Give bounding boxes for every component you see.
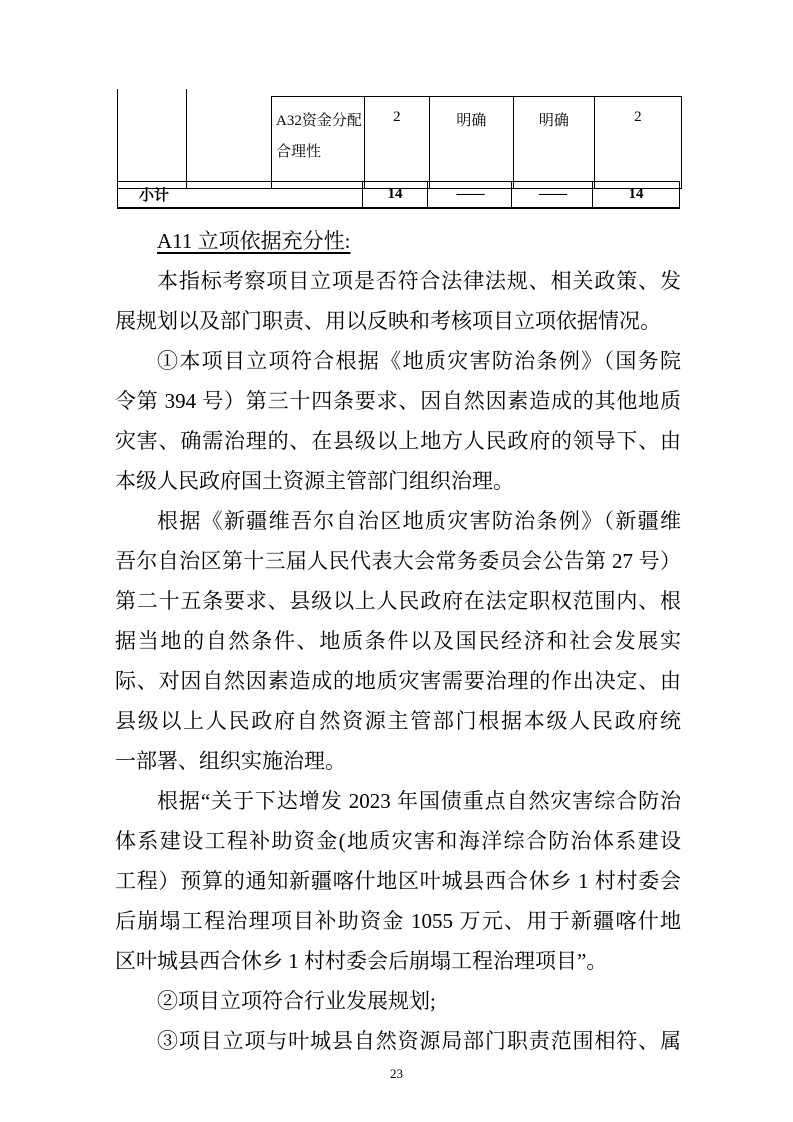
section-heading-text: A11 立项依据充分性: <box>157 229 350 253</box>
text-line: ②项目立项符合行业发展规划; <box>115 981 681 1021</box>
body-paragraphs: 本指标考察项目立项是否符合法律法规、相关政策、发展规划以及部门职责、用以反映和考… <box>115 261 681 1061</box>
section-heading: A11 立项依据充分性: <box>115 221 681 261</box>
text-line: 本指标考察项目立项是否符合法律法规、相关政策、发 <box>115 261 681 301</box>
subtotal-result-cell: 14 <box>593 182 680 209</box>
text-line: 县级以上人民政府自然资源主管部门根据本级人民政府统 <box>115 701 681 741</box>
text-line: 根据《新疆维吾尔自治区地质灾害防治条例》（新疆维 <box>115 501 681 541</box>
text-line: 区叶城县西合休乡 1 村村委会后崩塌工程治理项目”。 <box>115 941 681 981</box>
text-line: 令第 394 号）第三十四条要求、因自然因素造成的其他地质 <box>115 381 681 421</box>
text-line: 一部署、组织实施治理。 <box>115 741 681 781</box>
text-line: 灾害、确需治理的、在县级以上地方人民政府的领导下、由 <box>115 421 681 461</box>
subtotal-score-cell: 14 <box>363 182 428 209</box>
text-line: 吾尔自治区第十三届人民代表大会常务委员会公告第 27 号） <box>115 541 681 581</box>
text-line: 第二十五条要求、县级以上人民政府在法定职权范围内、根 <box>115 581 681 621</box>
text-line: 本级人民政府国土资源主管部门组织治理。 <box>115 461 681 501</box>
indicator-text-line: 合理性 <box>276 137 362 168</box>
score-table-subtotal-row: 小计 14 —— —— 14 <box>117 181 680 209</box>
document-body: A11 立项依据充分性: 本指标考察项目立项是否符合法律法规、相关政策、发展规划… <box>115 221 681 1061</box>
indicator-score-cell: 2 <box>364 97 429 189</box>
text-line: 工程）预算的通知新疆喀什地区叶城县西合休乡 1 村村委会 <box>115 861 681 901</box>
indicator-measure-cell: 明确 <box>429 97 513 189</box>
subtotal-dash-cell: —— <box>428 182 512 209</box>
indicator-result-cell: 2 <box>594 97 681 189</box>
text-line: 展规划以及部门职责、用以反映和考核项目立项依据情况。 <box>115 301 681 341</box>
text-line: 据当地的自然条件、地质条件以及国民经济和社会发展实 <box>115 621 681 661</box>
text-line: 后崩塌工程治理项目补助资金 1055 万元、用于新疆喀什地 <box>115 901 681 941</box>
text-line: 根据“关于下达增发 2023 年国债重点自然灾害综合防治 <box>115 781 681 821</box>
page-number: 23 <box>0 1066 793 1082</box>
score-table-indicator-row: A32资金分配合理性 2 明确 明确 2 <box>117 96 682 189</box>
indicator-text-line: A32资金分配 <box>276 106 362 137</box>
empty-cell <box>187 97 272 189</box>
text-line: ③项目立项与叶城县自然资源局部门职责范围相符、属 <box>115 1021 681 1061</box>
subtotal-label-cell: 小计 <box>118 182 363 209</box>
table-row: 小计 14 —— —— 14 <box>118 182 680 209</box>
text-line: ①本项目立项符合根据《地质灾害防治条例》（国务院 <box>115 341 681 381</box>
text-line: 际、对因自然因素造成的地质灾害需要治理的作出决定、由 <box>115 661 681 701</box>
text-line: 体系建设工程补助资金(地质灾害和海洋综合防治体系建设 <box>115 821 681 861</box>
subtotal-dash-cell: —— <box>512 182 593 209</box>
indicator-name-cell: A32资金分配合理性 <box>272 97 365 189</box>
empty-cell <box>118 97 187 189</box>
table-row: A32资金分配合理性 2 明确 明确 2 <box>118 97 682 189</box>
indicator-measure-cell: 明确 <box>513 97 594 189</box>
